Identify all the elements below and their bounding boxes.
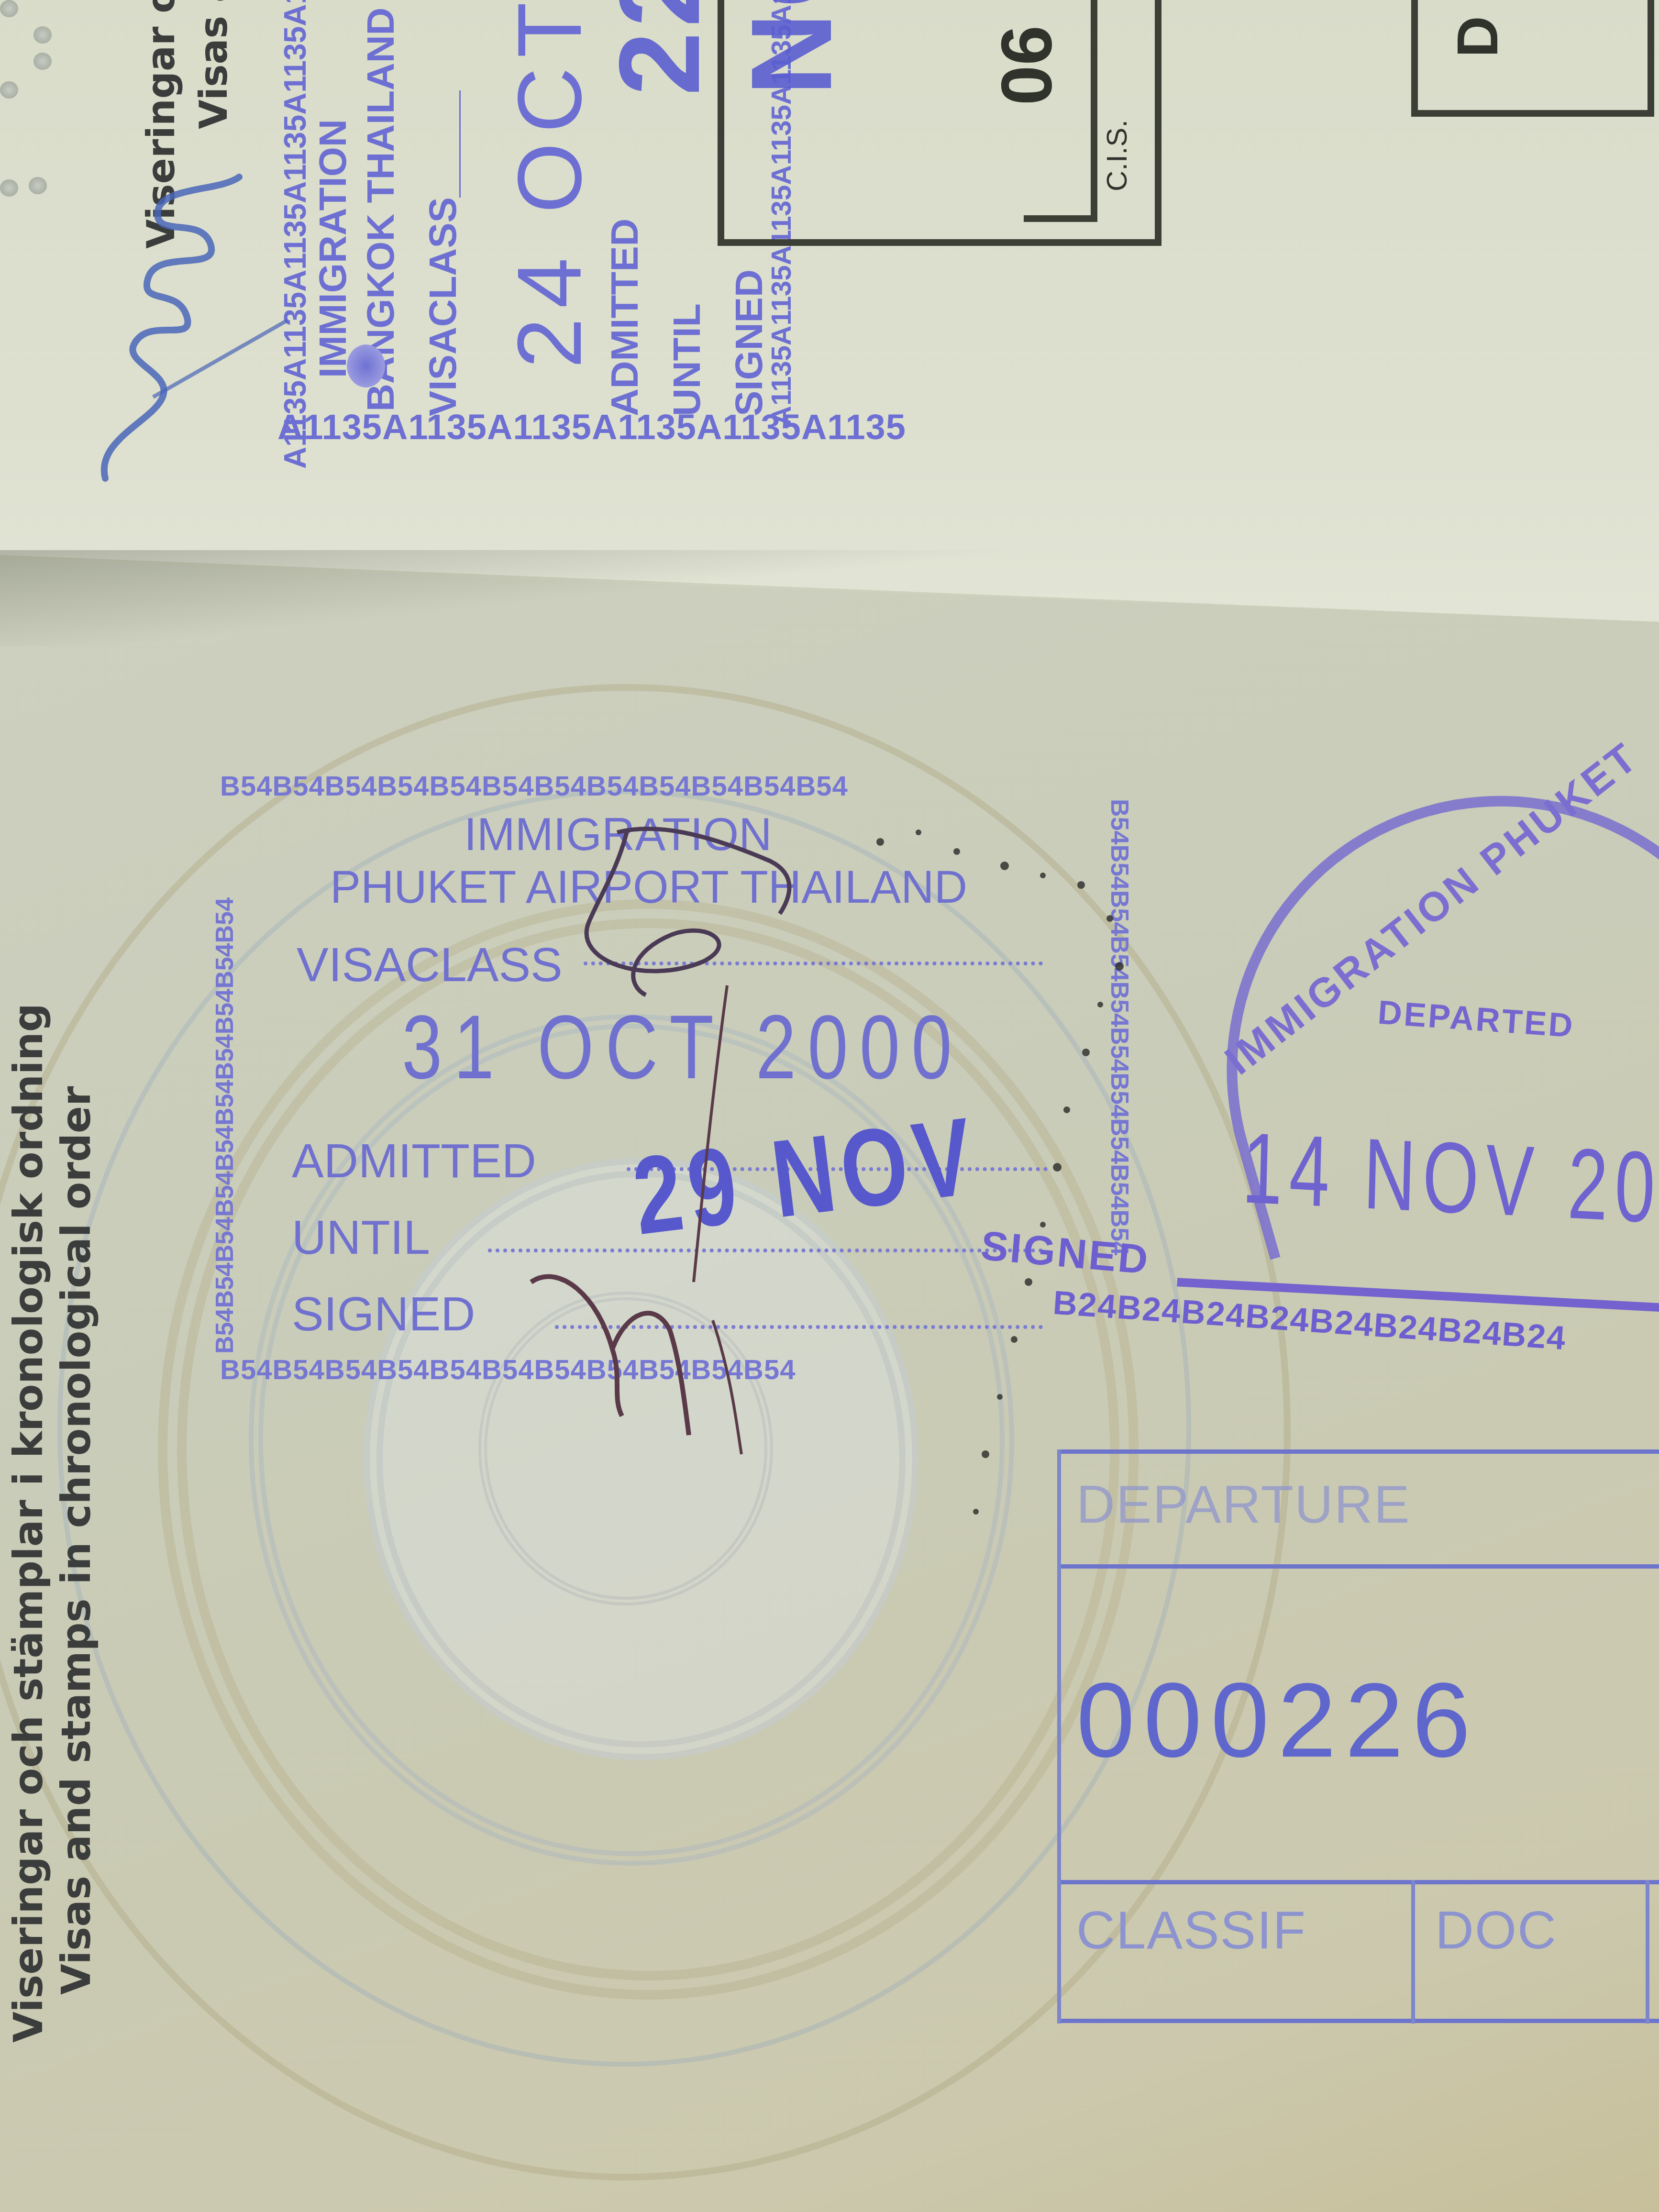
box-rule bbox=[1646, 1880, 1649, 2024]
black-stamp-digits: 06 bbox=[985, 25, 1068, 105]
stamp-seal-icon bbox=[347, 344, 385, 387]
stamp-admitted-label: ADMITTED bbox=[292, 1134, 536, 1189]
stamp-border-code-left: B54B54B54B54B54B54B54B54B54B54 bbox=[210, 799, 239, 1354]
passport-page-top: Viseringar och stämplar i kronologisk or… bbox=[0, 0, 1659, 622]
stamp-signed-label: SIGNED bbox=[727, 269, 771, 416]
stamp-border-code-bottom: B54B54B54B54B54B54B54B54B54B54B54 bbox=[220, 1354, 1129, 1386]
box-rule bbox=[1057, 2019, 1659, 2023]
box-rule bbox=[1411, 1880, 1415, 2024]
stamp-visa-class-label: VISACLASS_____ bbox=[421, 91, 465, 416]
stamp-line-immigration: IMMIGRATION bbox=[464, 808, 772, 861]
stamp-line-immigration: IMMIGRATION bbox=[311, 119, 355, 378]
box-cell-classif: CLASSIF bbox=[1076, 1899, 1306, 1961]
page-header-english: Visas and stamps in chronological order bbox=[191, 0, 236, 129]
stamp-signed-label: SIGNED bbox=[292, 1287, 475, 1342]
stamp-entry-date: 24 OCT bbox=[498, 0, 602, 368]
stamp-until-label: UNTIL bbox=[665, 303, 709, 416]
stamp-line-location: PHUKET AIRPORT THAILAND bbox=[330, 861, 967, 914]
stamp-signed-label: SIGNED bbox=[979, 1222, 1151, 1284]
departure-card-box-stamp: DEPARTURE 000226 CLASSIF DOC bbox=[1057, 1421, 1659, 2043]
box-rule bbox=[1057, 1564, 1659, 1569]
box-rule bbox=[1057, 1449, 1061, 2024]
box-serial-number: 000226 bbox=[1076, 1660, 1479, 1781]
black-stamp-letter: D bbox=[1445, 16, 1511, 57]
binding-perforations bbox=[0, 0, 57, 335]
black-box-stamp: 06 C.I.S. D bbox=[718, 0, 1339, 258]
page-header-swedish: Viseringar och stämplar i kronologisk or… bbox=[5, 1003, 52, 2043]
black-stamp-side-label: C.I.S. bbox=[1100, 120, 1133, 191]
stamp-border-code: A1135A1135A1135A1135A1135A1135 bbox=[277, 0, 313, 469]
box-rule bbox=[1057, 1880, 1659, 1884]
page-header-swedish: Viseringar och stämplar i kronologisk or… bbox=[139, 0, 183, 249]
stamp-border-code-bottom: A1135A1135A1135A1135A1135A1135 bbox=[277, 407, 906, 447]
phuket-departure-stamp: IMMIGRATION PHUKET DEPARTED 14 NOV 2000 … bbox=[909, 785, 1659, 1359]
stamp-visa-class-label: VISACLASS bbox=[297, 938, 563, 993]
box-header-text: DEPARTURE bbox=[1076, 1473, 1410, 1535]
box-cell-doc: DOC bbox=[1435, 1899, 1557, 1961]
page-header-english: Visas and stamps in chronological order bbox=[53, 1086, 100, 1995]
stamp-admitted-label: ADMITTED bbox=[603, 219, 647, 416]
box-rule bbox=[1057, 1449, 1659, 1454]
stamp-entry-date: 31 OCT 2000 bbox=[402, 995, 963, 1099]
stamp-until-label: UNTIL bbox=[292, 1210, 430, 1265]
